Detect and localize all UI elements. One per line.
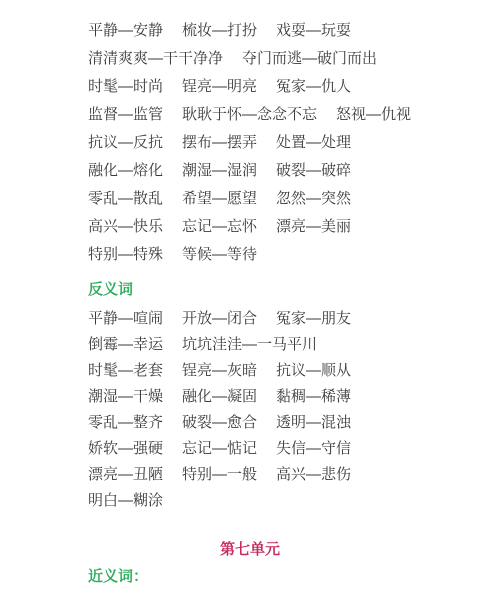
word-pair: 忽然—突然 bbox=[276, 187, 351, 208]
word-pair-line: 监督—监管耿耿于怀—念念不忘怒视—仇视 bbox=[0, 99, 500, 127]
word-pair: 冤家—朋友 bbox=[276, 307, 351, 328]
unit-7-heading: 第七单元 bbox=[0, 536, 500, 564]
word-pair: 耿耿于怀—念念不忘 bbox=[182, 103, 317, 124]
word-pair: 潮湿—干燥 bbox=[88, 385, 163, 406]
word-pair: 梳妆—打扮 bbox=[182, 19, 257, 40]
word-pair: 夺门而逃—破门而出 bbox=[242, 47, 377, 68]
word-pair: 破裂—愈合 bbox=[182, 411, 257, 432]
word-pair: 高兴—悲伤 bbox=[276, 463, 351, 484]
word-pair: 开放—闭合 bbox=[182, 307, 257, 328]
word-pair-line: 零乱—整齐破裂—愈合透明—混浊 bbox=[0, 408, 500, 434]
word-pair: 破裂—破碎 bbox=[276, 159, 351, 180]
word-pair-line: 平静—喧闹开放—闭合冤家—朋友 bbox=[0, 304, 500, 330]
word-pair-line: 融化—熔化潮湿—湿润破裂—破碎 bbox=[0, 155, 500, 183]
word-pair: 明白—糊涂 bbox=[88, 489, 163, 510]
word-pair: 失信—守信 bbox=[276, 437, 351, 458]
word-pair-line: 清清爽爽—干干净净夺门而逃—破门而出 bbox=[0, 43, 500, 71]
word-pair-line: 明白—糊涂 bbox=[0, 486, 500, 512]
word-pair: 锃亮—明亮 bbox=[182, 75, 257, 96]
word-pair: 抗议—顺从 bbox=[276, 359, 351, 380]
word-pair: 忘记—忘怀 bbox=[182, 215, 257, 236]
word-pair: 处置—处理 bbox=[276, 131, 351, 152]
word-pair: 等候—等待 bbox=[182, 243, 257, 264]
word-pair: 融化—凝固 bbox=[182, 385, 257, 406]
word-pair: 时髦—时尚 bbox=[88, 75, 163, 96]
word-pair-line: 平静—安静梳妆—打扮戏耍—玩耍 bbox=[0, 15, 500, 43]
word-pair-line: 零乱—散乱希望—愿望忽然—突然 bbox=[0, 183, 500, 211]
word-pair: 零乱—散乱 bbox=[88, 187, 163, 208]
word-pair-line: 高兴—快乐忘记—忘怀漂亮—美丽 bbox=[0, 211, 500, 239]
word-pair-line: 漂亮—丑陋特别—一般高兴—悲伤 bbox=[0, 460, 500, 486]
word-pair: 特别—特殊 bbox=[88, 243, 163, 264]
synonyms-section: 平静—安静梳妆—打扮戏耍—玩耍清清爽爽—干干净净夺门而逃—破门而出时髦—时尚锃亮… bbox=[0, 15, 500, 267]
word-pair: 怒视—仇视 bbox=[336, 103, 411, 124]
word-pair: 潮湿—湿润 bbox=[182, 159, 257, 180]
antonyms-section: 平静—喧闹开放—闭合冤家—朋友倒霉—幸运坑坑洼洼—一马平川时髦—老套锃亮—灰暗抗… bbox=[0, 304, 500, 512]
word-pair: 平静—喧闹 bbox=[88, 307, 163, 328]
word-pair: 特别—一般 bbox=[182, 463, 257, 484]
word-pair: 倒霉—幸运 bbox=[88, 333, 163, 354]
word-pair: 娇软—强硬 bbox=[88, 437, 163, 458]
word-pair-line: 时髦—时尚锃亮—明亮冤家—仇人 bbox=[0, 71, 500, 99]
document-page: 平静—安静梳妆—打扮戏耍—玩耍清清爽爽—干干净净夺门而逃—破门而出时髦—时尚锃亮… bbox=[0, 0, 500, 607]
word-pair: 戏耍—玩耍 bbox=[276, 19, 351, 40]
word-pair: 摆布—摆弄 bbox=[182, 131, 257, 152]
word-pair-line: 潮湿—干燥融化—凝固黏稠—稀薄 bbox=[0, 382, 500, 408]
word-pair: 时髦—老套 bbox=[88, 359, 163, 380]
word-pair-line: 娇软—强硬忘记—惦记失信—守信 bbox=[0, 434, 500, 460]
word-pair: 透明—混浊 bbox=[276, 411, 351, 432]
word-pair: 漂亮—美丽 bbox=[276, 215, 351, 236]
word-pair-line: 特别—特殊等候—等待 bbox=[0, 239, 500, 267]
word-pair: 冤家—仇人 bbox=[276, 75, 351, 96]
word-pair: 黏稠—稀薄 bbox=[276, 385, 351, 406]
word-pair: 忘记—惦记 bbox=[182, 437, 257, 458]
word-pair: 平静—安静 bbox=[88, 19, 163, 40]
word-pair: 希望—愿望 bbox=[182, 187, 257, 208]
word-pair: 融化—熔化 bbox=[88, 159, 163, 180]
word-pair: 漂亮—丑陋 bbox=[88, 463, 163, 484]
word-pair: 清清爽爽—干干净净 bbox=[88, 47, 223, 68]
word-pair-line: 抗议—反抗摆布—摆弄处置—处理 bbox=[0, 127, 500, 155]
word-pair: 监督—监管 bbox=[88, 103, 163, 124]
antonyms-heading: 反义词 bbox=[88, 276, 500, 304]
next-synonyms-heading: 近义词： bbox=[88, 564, 500, 590]
word-pair: 抗议—反抗 bbox=[88, 131, 163, 152]
word-pair-line: 时髦—老套锃亮—灰暗抗议—顺从 bbox=[0, 356, 500, 382]
word-pair-line: 倒霉—幸运坑坑洼洼—一马平川 bbox=[0, 330, 500, 356]
word-pair: 锃亮—灰暗 bbox=[182, 359, 257, 380]
word-pair: 坑坑洼洼—一马平川 bbox=[182, 333, 317, 354]
word-pair: 高兴—快乐 bbox=[88, 215, 163, 236]
word-pair: 零乱—整齐 bbox=[88, 411, 163, 432]
